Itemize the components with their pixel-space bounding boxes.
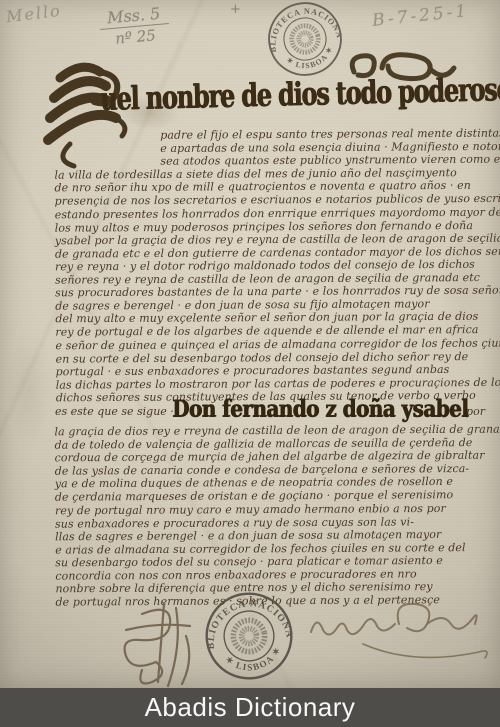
mid-heading-line: es este que se sigue · Don fernando z do… [55, 398, 485, 422]
manuscript-line: presençia de nos los secretarios e escri… [55, 192, 485, 208]
manuscript-line: sus enbaxadores e procuradores a ruy de … [55, 515, 485, 531]
manuscript-line: de çerdania marqueses de oristan e de go… [55, 488, 485, 504]
manuscript-line: en su corte e del su desenbargo todos de… [56, 350, 486, 366]
manuscript-line: da de toledo de valençia de gallizia de … [55, 436, 485, 452]
manuscript-line: e arias de almadana su corregidor de los… [55, 541, 485, 557]
manuscript-body-upper: padre el fijo el espu santo tres persona… [54, 127, 486, 406]
pencil-manuscript-number: Mss. 5 nº 25 [98, 3, 170, 49]
mid-line-prefix: es este que se sigue · [55, 405, 174, 418]
pencil-owner-mark: Mello [5, 1, 63, 27]
pencil-shelfmark: B-7-25-1 [371, 1, 470, 31]
royal-names-heading: Don fernando z doña ysabel [172, 395, 468, 423]
headline-flourish-icon [346, 48, 458, 86]
manuscript-line: de las yslas de canaria conde e condesa … [55, 462, 485, 478]
manuscript-photo: Mello Mss. 5 nº 25 + B-7-25-1 BIBLIOTECA… [0, 0, 500, 688]
manuscript-line: de sagres e berengel · e don juan de sos… [55, 297, 485, 313]
manuscript-line: rey de portugal e de los algarbes de aqu… [55, 323, 485, 339]
manuscript-line: las dichas partes lo mostraron por las c… [56, 376, 486, 392]
manuscript-line: concordia con nos con nros enbaxadores e… [55, 567, 485, 583]
paper-stain [6, 330, 52, 450]
manuscript-line: e apartadas de una sola esençia diuina ·… [160, 140, 484, 155]
manuscript-line: señores rey e reyna de castilla de leon … [55, 271, 485, 287]
manuscript-line: la villa de tordesillas a siete dias del… [54, 166, 484, 182]
manuscript-line: de granada etc e el don gutierre de card… [55, 245, 485, 261]
cross-mark: + [230, 2, 241, 17]
secretary-signature [303, 594, 493, 676]
mid-line-suffix: por [466, 405, 485, 418]
manuscript-body-lower: la graçia de dios rey e rreyna de castil… [54, 423, 485, 612]
round-stamp-icon: BIBLIOTECA NACIONAL ✶ LISBOA ✶ [194, 581, 303, 688]
page-root: Mello Mss. 5 nº 25 + B-7-25-1 BIBLIOTECA… [0, 0, 500, 727]
manuscript-number-label: Mss. 5 [98, 3, 169, 30]
caption-label: Abadis Dictionary [145, 692, 356, 723]
item-number-label: nº 25 [115, 26, 157, 47]
library-stamp-bottom: BIBLIOTECA NACIONAL ✶ LISBOA ✶ [194, 581, 303, 688]
caption-bar: Abadis Dictionary [0, 688, 500, 727]
notary-rubric-signature [110, 596, 210, 688]
manuscript-line: los muy altos e muy poderosos prinçipes … [55, 219, 485, 235]
